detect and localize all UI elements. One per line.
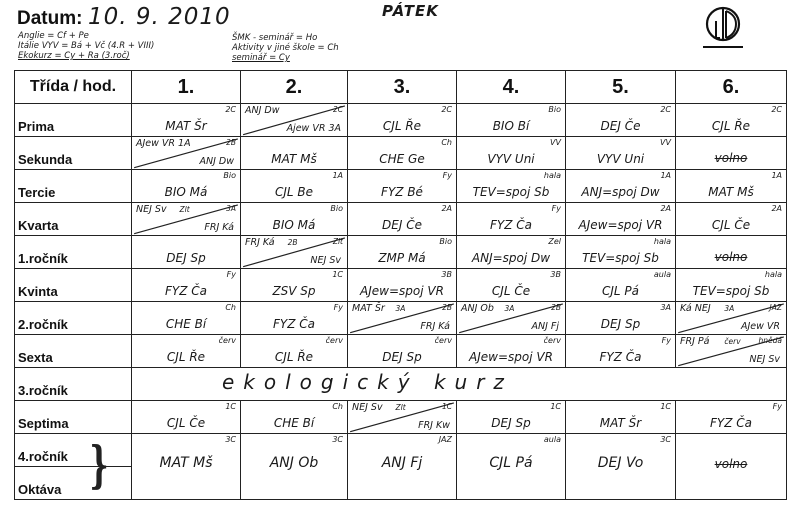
row-label: Oktáva [15,467,132,500]
lesson-cell[interactable]: CHE GeCh [348,137,457,170]
table-row: 3.ročníkekologický kurz [15,368,787,401]
row-label: Tercie [15,170,132,203]
room-label: Bio [223,171,236,180]
lesson-cell[interactable]: ZSV Sp1C [241,269,348,302]
room-label: 1A [332,171,343,180]
room-label: Ch [225,303,236,312]
row-label: 2.ročník [15,302,132,335]
lesson-cell[interactable]: VYV UniVV [457,137,566,170]
lesson: BIO MáBio [241,203,347,235]
period-header: 4. [457,71,566,104]
lesson: FYZ ČaFy [566,335,675,367]
room-label: 1C [225,402,236,411]
lesson-cell[interactable]: AJew=spoj VR2A [566,203,676,236]
lesson-cell[interactable]: DEJ Vo3C [566,434,676,500]
lesson: ZMP MáBio [348,236,456,268]
lesson: volno [676,137,786,169]
lesson-cell[interactable]: BIO BíBio [457,104,566,137]
lesson-cell[interactable]: volno [676,137,787,170]
lesson: CJL Če2A [676,203,786,235]
lesson: MAT Mš3C [132,434,240,499]
lesson: ANJ=spoj Dw1A [566,170,675,202]
lesson-subject: DEJ Če [566,119,675,133]
room-label: 2C [660,105,671,114]
room-label: 1A [771,171,782,180]
room-label: 1C [332,270,343,279]
lesson: DEJ Če2C [566,104,675,136]
lesson-cell[interactable]: CJL Če1C [132,401,241,434]
room-label: 3C [225,435,236,444]
lesson-cell[interactable]: TEV=spoj Sbhala [566,236,676,269]
lesson-cell[interactable]: MAT Šr3A2BFRJ Ká [348,302,457,335]
lesson-cell[interactable]: CJL Če2A [676,203,787,236]
lesson: VYV UniVV [457,137,565,169]
lesson-subject: ANJ=spoj Dw [457,251,565,265]
lesson-subject: MAT Šr [132,119,240,133]
group-a-lesson: FRJ Pá [680,336,709,347]
lesson-subject: CHE Bí [132,317,240,331]
lesson: CJL Řečerv [132,335,240,367]
lesson-subject: CJL Ře [241,350,347,364]
lesson-subject: BIO Bí [457,119,565,133]
lesson-subject: DEJ Sp [132,251,240,265]
lesson-cell[interactable]: BIO MáBio [241,203,348,236]
table-row: SeptimaCJL Če1CCHE BíChNEJ SvZlt1CFRJ Kw… [15,401,787,434]
lesson-cell[interactable]: CJL Be1A [241,170,348,203]
lesson-subject: BIO Má [132,185,240,199]
lesson-subject: AJew=spoj VR [566,218,675,232]
merged-cell[interactable]: ekologický kurz [132,368,787,401]
row-label: 3.ročník [15,368,132,401]
lesson-subject: CJL Pá [566,284,675,298]
lesson-cell[interactable]: AJew=spoj VR3B [348,269,457,302]
lesson-cell[interactable]: MAT Mš3C [132,434,241,500]
lesson: ANJ=spoj DwZel [457,236,565,268]
lesson-cell[interactable]: ANJ Dw2CAjew VR 3A [241,104,348,137]
lesson: Ká NEJ3AJAZAJew VR [676,302,786,334]
row-label: Sexta [15,335,132,368]
date-label: Datum: [17,8,82,30]
room-label: Zel [548,237,561,246]
group-b-lesson: ANJ Dw [199,156,234,167]
room-label: 2A [660,204,671,213]
room-label: VV [660,138,671,147]
row-label: Septima [15,401,132,434]
room-label: Fy [552,204,561,213]
lesson-cell[interactable]: ANJ Ob3A2BANJ Fj [457,302,566,335]
lesson-cell[interactable]: FRJ Ká2BZltNEJ Sv [241,236,348,269]
lesson: TEV=spoj Sbhala [566,236,675,268]
lesson-subject: FYZ Ča [566,350,675,364]
lesson-subject: DEJ Če [348,218,456,232]
room-label: 2C [441,105,452,114]
room-label: 2B [442,303,452,312]
table-row: SekundaAJew VR 1A2BANJ DwMAT MšCHE GeChV… [15,137,787,170]
row-label: 1.ročník [15,236,132,269]
group-a-lesson: ANJ Dw [245,105,280,116]
lesson: MAT Mš1A [676,170,786,202]
lesson: ANJ Dw2CAjew VR 3A [241,104,347,136]
lesson: TEV=spoj Sbhala [457,170,565,202]
lesson-subject: TEV=spoj Sb [676,284,786,298]
group-b-lesson: FRJ Kw [418,420,450,431]
period-header: 6. [676,71,787,104]
lesson: volno [676,236,786,268]
group-a-lesson: ANJ Ob [461,303,494,314]
room-label: 3B [441,270,452,279]
lesson: MAT Šr2C [132,104,240,136]
room-label: červ [219,336,236,345]
lesson: CHE GeCh [348,137,456,169]
lesson-subject: CJL Ře [676,119,786,133]
lesson-cell[interactable]: NEJ SvZlt3AFRJ Ká [132,203,241,236]
row-label: Sekunda [15,137,132,170]
lesson: CJL Če3B [457,269,565,301]
room-label: Bio [330,204,343,213]
lesson-subject: MAT Šr [566,416,675,430]
lesson: BIO MáBio [132,170,240,202]
room-label: Fy [227,270,236,279]
lesson-subject: CJL Ře [132,350,240,364]
room-label: aula [544,435,561,444]
schedule-body: PrimaMAT Šr2CANJ Dw2CAjew VR 3ACJL Ře2CB… [15,104,787,500]
group-a-lesson: NEJ Sv [352,402,383,413]
lesson-cell[interactable]: volno [676,236,787,269]
lesson-cell[interactable]: AJew VR 1A2BANJ Dw [132,137,241,170]
date-value: 10. 9. 2010 [88,4,231,30]
lesson: CHE BíCh [241,401,347,433]
table-row: 4.ročník}MAT Mš3CANJ Ob3CANJ FjJAZCJL Pá… [15,434,787,467]
lesson-cell[interactable]: DEJ Spčerv [348,335,457,368]
row-label: Kvarta [15,203,132,236]
lesson: MAT Šr1C [566,401,675,433]
lesson-subject: DEJ Sp [348,350,456,364]
lesson-cell[interactable]: CHE BíCh [132,302,241,335]
room-label: 3A [505,304,515,313]
lesson-subject: ZSV Sp [241,284,347,298]
lesson-cell[interactable]: DEJ Če2A [348,203,457,236]
note-line: Aktivity v jiné škole = Ch [232,43,339,53]
lesson-subject: AJew=spoj VR [348,284,456,298]
room-label: 2C [333,105,343,114]
notes-left: Anglie = Cf + Pe Itálie VYV = Bá + Vč (4… [18,31,154,61]
lesson-cell[interactable]: DEJ Sp1C [457,401,566,434]
room-label: 1A [660,171,671,180]
lesson-cell[interactable]: FYZ BéFy [348,170,457,203]
lesson-subject: CJL Ře [348,119,456,133]
group-b-lesson: NEJ Sv [749,354,780,365]
lesson: DEJ Če2A [348,203,456,235]
group-b-lesson: FRJ Ká [420,321,450,332]
note-line: seminář = Cy [232,53,339,63]
corner-header: Třída / hod. [15,71,132,104]
lesson-subject: CHE Ge [348,152,456,166]
lesson-subject: FYZ Ča [241,317,347,331]
lesson: MAT Šr3A2BFRJ Ká [348,302,456,334]
lesson-cell[interactable]: FYZ ČaFy [457,203,566,236]
lesson: CJL Če1C [132,401,240,433]
lesson-cell[interactable]: AJew=spoj VRčerv [457,335,566,368]
room-label: 3C [332,435,343,444]
lesson-cell[interactable]: Ká NEJ3AJAZAJew VR [676,302,787,335]
lesson: FYZ ČaFy [132,269,240,301]
lesson-cell[interactable]: FRJ PáčervhnědáNEJ Sv [676,335,787,368]
room-label: 1C [660,402,671,411]
group-b-lesson: FRJ Ká [204,222,234,233]
lesson: DEJ Sp1C [457,401,565,433]
room-label: Zlt [396,403,406,412]
lesson: CHE BíCh [132,302,240,334]
lesson: DEJ Vo3C [566,434,675,499]
lesson: CJL Ře2C [348,104,456,136]
room-label: Fy [334,303,343,312]
lesson-subject: ZMP Má [348,251,456,265]
lesson-cell[interactable]: BIO MáBio [132,170,241,203]
room-label: 3B [550,270,561,279]
room-label: Ch [441,138,452,147]
note-line: Itálie VYV = Bá + Vč (4.R + VIII) [18,41,154,51]
lesson-cell[interactable]: DEJ Sp [132,236,241,269]
lesson-cell[interactable]: volno [676,434,787,500]
room-label: hala [544,171,561,180]
room-label: 3A [724,304,734,313]
room-label: Zlt [180,205,190,214]
lesson: volno [676,434,786,499]
lesson-subject: TEV=spoj Sb [457,185,565,199]
table-row: 2.ročníkCHE BíChFYZ ČaFyMAT Šr3A2BFRJ Ká… [15,302,787,335]
lesson-cell[interactable]: CJL Řečerv [132,335,241,368]
lesson-cell[interactable]: CJL Páaula [566,269,676,302]
group-a-lesson: FRJ Ká [245,237,275,248]
lesson-cell[interactable]: MAT Mš1A [676,170,787,203]
lesson-subject: FYZ Ča [676,416,786,430]
group-b-lesson: ANJ Fj [531,321,559,332]
table-row: 1.ročníkDEJ SpFRJ Ká2BZltNEJ SvZMP MáBio… [15,236,787,269]
room-label: VV [550,138,561,147]
lesson-subject: ANJ=spoj Dw [566,185,675,199]
room-label: Fy [773,402,782,411]
room-label: hala [765,270,782,279]
lesson: NEJ SvZlt3AFRJ Ká [132,203,240,235]
lesson: AJew=spoj VRčerv [457,335,565,367]
schedule-table: Třída / hod. 1. 2. 3. 4. 5. 6. PrimaMAT … [14,70,787,500]
lesson-subject: AJew=spoj VR [457,350,565,364]
lesson: DEJ Sp3A [566,302,675,334]
lesson-subject: CJL Be [241,185,347,199]
lesson-cell[interactable]: ANJ Ob3C [241,434,348,500]
lesson: DEJ Sp [132,236,240,268]
room-label: červ [724,337,740,346]
note-line: Ekokurz = Cy + Ra (3.roč) [18,51,154,61]
room-label: aula [654,270,671,279]
lesson: AJew VR 1A2BANJ Dw [132,137,240,169]
room-label: 2B [288,238,298,247]
lesson: TEV=spoj Sbhala [676,269,786,301]
group-a-lesson: AJew VR 1A [136,138,191,149]
lesson-cell[interactable]: CHE BíCh [241,401,348,434]
lesson-cell[interactable]: CJL Ře2C [348,104,457,137]
lesson-cell[interactable]: ANJ FjJAZ [348,434,457,500]
free-period: volno [676,151,786,165]
room-label: červ [326,336,343,345]
lesson-cell[interactable]: FYZ ČaFy [132,269,241,302]
lesson-subject: DEJ Vo [566,455,675,471]
row-label: Kvinta [15,269,132,302]
lesson-cell[interactable]: CJL Če3B [457,269,566,302]
header-row: Třída / hod. 1. 2. 3. 4. 5. 6. [15,71,787,104]
lesson: NEJ SvZlt1CFRJ Kw [348,401,456,433]
lesson-cell[interactable]: MAT Mš [241,137,348,170]
lesson: CJL Be1A [241,170,347,202]
row-label: 4.ročník} [15,434,132,467]
lesson-cell[interactable]: TEV=spoj Sbhala [457,170,566,203]
lesson-subject: MAT Mš [132,455,240,471]
room-label: JAZ [770,303,782,312]
room-label: červ [544,336,561,345]
lesson-subject: MAT Mš [676,185,786,199]
lesson-cell[interactable]: ANJ=spoj DwZel [457,236,566,269]
school-logo-icon [695,5,751,51]
room-label: červ [435,336,452,345]
room-label: Zlt [333,237,343,246]
room-label: Bio [548,105,561,114]
lesson-subject: FYZ Ča [457,218,565,232]
room-label: 3A [660,303,671,312]
lesson-subject: FYZ Bé [348,185,456,199]
lesson-subject: FYZ Ča [132,284,240,298]
lesson-subject: CJL Pá [457,455,565,471]
lesson-cell[interactable]: DEJ Sp3A [566,302,676,335]
free-period: volno [676,457,786,471]
lesson-subject: CJL Če [676,218,786,232]
lesson: BIO BíBio [457,104,565,136]
lesson: FRJ PáčervhnědáNEJ Sv [676,335,786,367]
lesson: AJew=spoj VR3B [348,269,456,301]
lesson-cell[interactable]: MAT Šr1C [566,401,676,434]
room-label: 2A [771,204,782,213]
lesson: VYV UniVV [566,137,675,169]
lesson-subject: CHE Bí [241,416,347,430]
period-header: 1. [132,71,241,104]
room-label: 3C [660,435,671,444]
lesson-cell[interactable]: CJL Páaula [457,434,566,500]
lesson-cell[interactable]: FYZ ČaFy [241,302,348,335]
lesson-cell[interactable]: ZMP MáBio [348,236,457,269]
lesson: FYZ ČaFy [241,302,347,334]
table-row: KvintaFYZ ČaFyZSV Sp1CAJew=spoj VR3BCJL … [15,269,787,302]
group-a-lesson: NEJ Sv [136,204,167,215]
free-period: volno [676,250,786,264]
room-label: 1C [442,402,452,411]
lesson-cell[interactable]: MAT Šr2C [132,104,241,137]
room-label: JAZ [439,435,452,444]
lesson-subject: MAT Mš [241,152,347,166]
period-header: 5. [566,71,676,104]
lesson: ZSV Sp1C [241,269,347,301]
room-label: Ch [332,402,343,411]
room-label: 3A [226,204,236,213]
lesson: AJew=spoj VR2A [566,203,675,235]
lesson-subject: VYV Uni [566,152,675,166]
lesson: CJL Ře2C [676,104,786,136]
room-label: 2A [441,204,452,213]
table-row: TercieBIO MáBioCJL Be1AFYZ BéFyTEV=spoj … [15,170,787,203]
lesson-cell[interactable]: TEV=spoj Sbhala [676,269,787,302]
lesson-subject: ANJ Ob [241,455,347,471]
row-label: Prima [15,104,132,137]
room-label: Bio [439,237,452,246]
room-label: 2B [551,303,561,312]
lesson: ANJ Ob3A2BANJ Fj [457,302,565,334]
room-label: hala [654,237,671,246]
lesson: CJL Páaula [566,269,675,301]
group-a-lesson: Ká NEJ [680,303,711,314]
period-header: 2. [241,71,348,104]
lesson-cell[interactable]: NEJ SvZlt1CFRJ Kw [348,401,457,434]
note-line: ŠMK - seminář = Ho [232,33,339,43]
lesson: FRJ Ká2BZltNEJ Sv [241,236,347,268]
lesson: CJL Řečerv [241,335,347,367]
lesson-cell[interactable]: DEJ Če2C [566,104,676,137]
group-b-lesson: AJew VR [741,321,780,332]
lesson: FYZ ČaFy [457,203,565,235]
period-header: 3. [348,71,457,104]
lesson-cell[interactable]: ANJ=spoj Dw1A [566,170,676,203]
lesson-cell[interactable]: CJL Ře2C [676,104,787,137]
lesson-subject: CJL Če [132,416,240,430]
table-row: PrimaMAT Šr2CANJ Dw2CAjew VR 3ACJL Ře2CB… [15,104,787,137]
note-line: Anglie = Cf + Pe [18,31,154,41]
lesson: ANJ FjJAZ [348,434,456,499]
lesson: FYZ BéFy [348,170,456,202]
room-label: Fy [662,336,671,345]
group-a-lesson: MAT Šr [352,303,385,314]
lesson-cell[interactable]: VYV UniVV [566,137,676,170]
lesson: MAT Mš [241,137,347,169]
lesson-subject: VYV Uni [457,152,565,166]
room-label: 3A [396,304,406,313]
room-label: 2B [226,138,236,147]
lesson-cell[interactable]: CJL Řečerv [241,335,348,368]
group-b-lesson: Ajew VR 3A [287,123,341,134]
table-row: SextaCJL ŘečervCJL ŘečervDEJ SpčervAJew=… [15,335,787,368]
table-row: KvartaNEJ SvZlt3AFRJ KáBIO MáBioDEJ Če2A… [15,203,787,236]
lesson-cell[interactable]: FYZ ČaFy [566,335,676,368]
lesson-subject: ANJ Fj [348,455,456,471]
room-label: 2C [771,105,782,114]
lesson-subject: TEV=spoj Sb [566,251,675,265]
room-label: Fy [443,171,452,180]
lesson-subject: CJL Če [457,284,565,298]
lesson-subject: DEJ Sp [457,416,565,430]
group-b-lesson: NEJ Sv [310,255,341,266]
room-label: hnědá [759,336,782,345]
room-label: 1C [550,402,561,411]
lesson: DEJ Spčerv [348,335,456,367]
day-of-week: PÁTEK [382,2,439,20]
room-label: 2C [225,105,236,114]
lesson-subject: DEJ Sp [566,317,675,331]
lesson-subject: BIO Má [241,218,347,232]
merged-activity: ekologický kurz [222,370,513,394]
lesson: FYZ ČaFy [676,401,786,433]
notes-right: ŠMK - seminář = Ho Aktivity v jiné škole… [232,33,339,63]
lesson-cell[interactable]: FYZ ČaFy [676,401,787,434]
lesson: CJL Páaula [457,434,565,499]
lesson: ANJ Ob3C [241,434,347,499]
